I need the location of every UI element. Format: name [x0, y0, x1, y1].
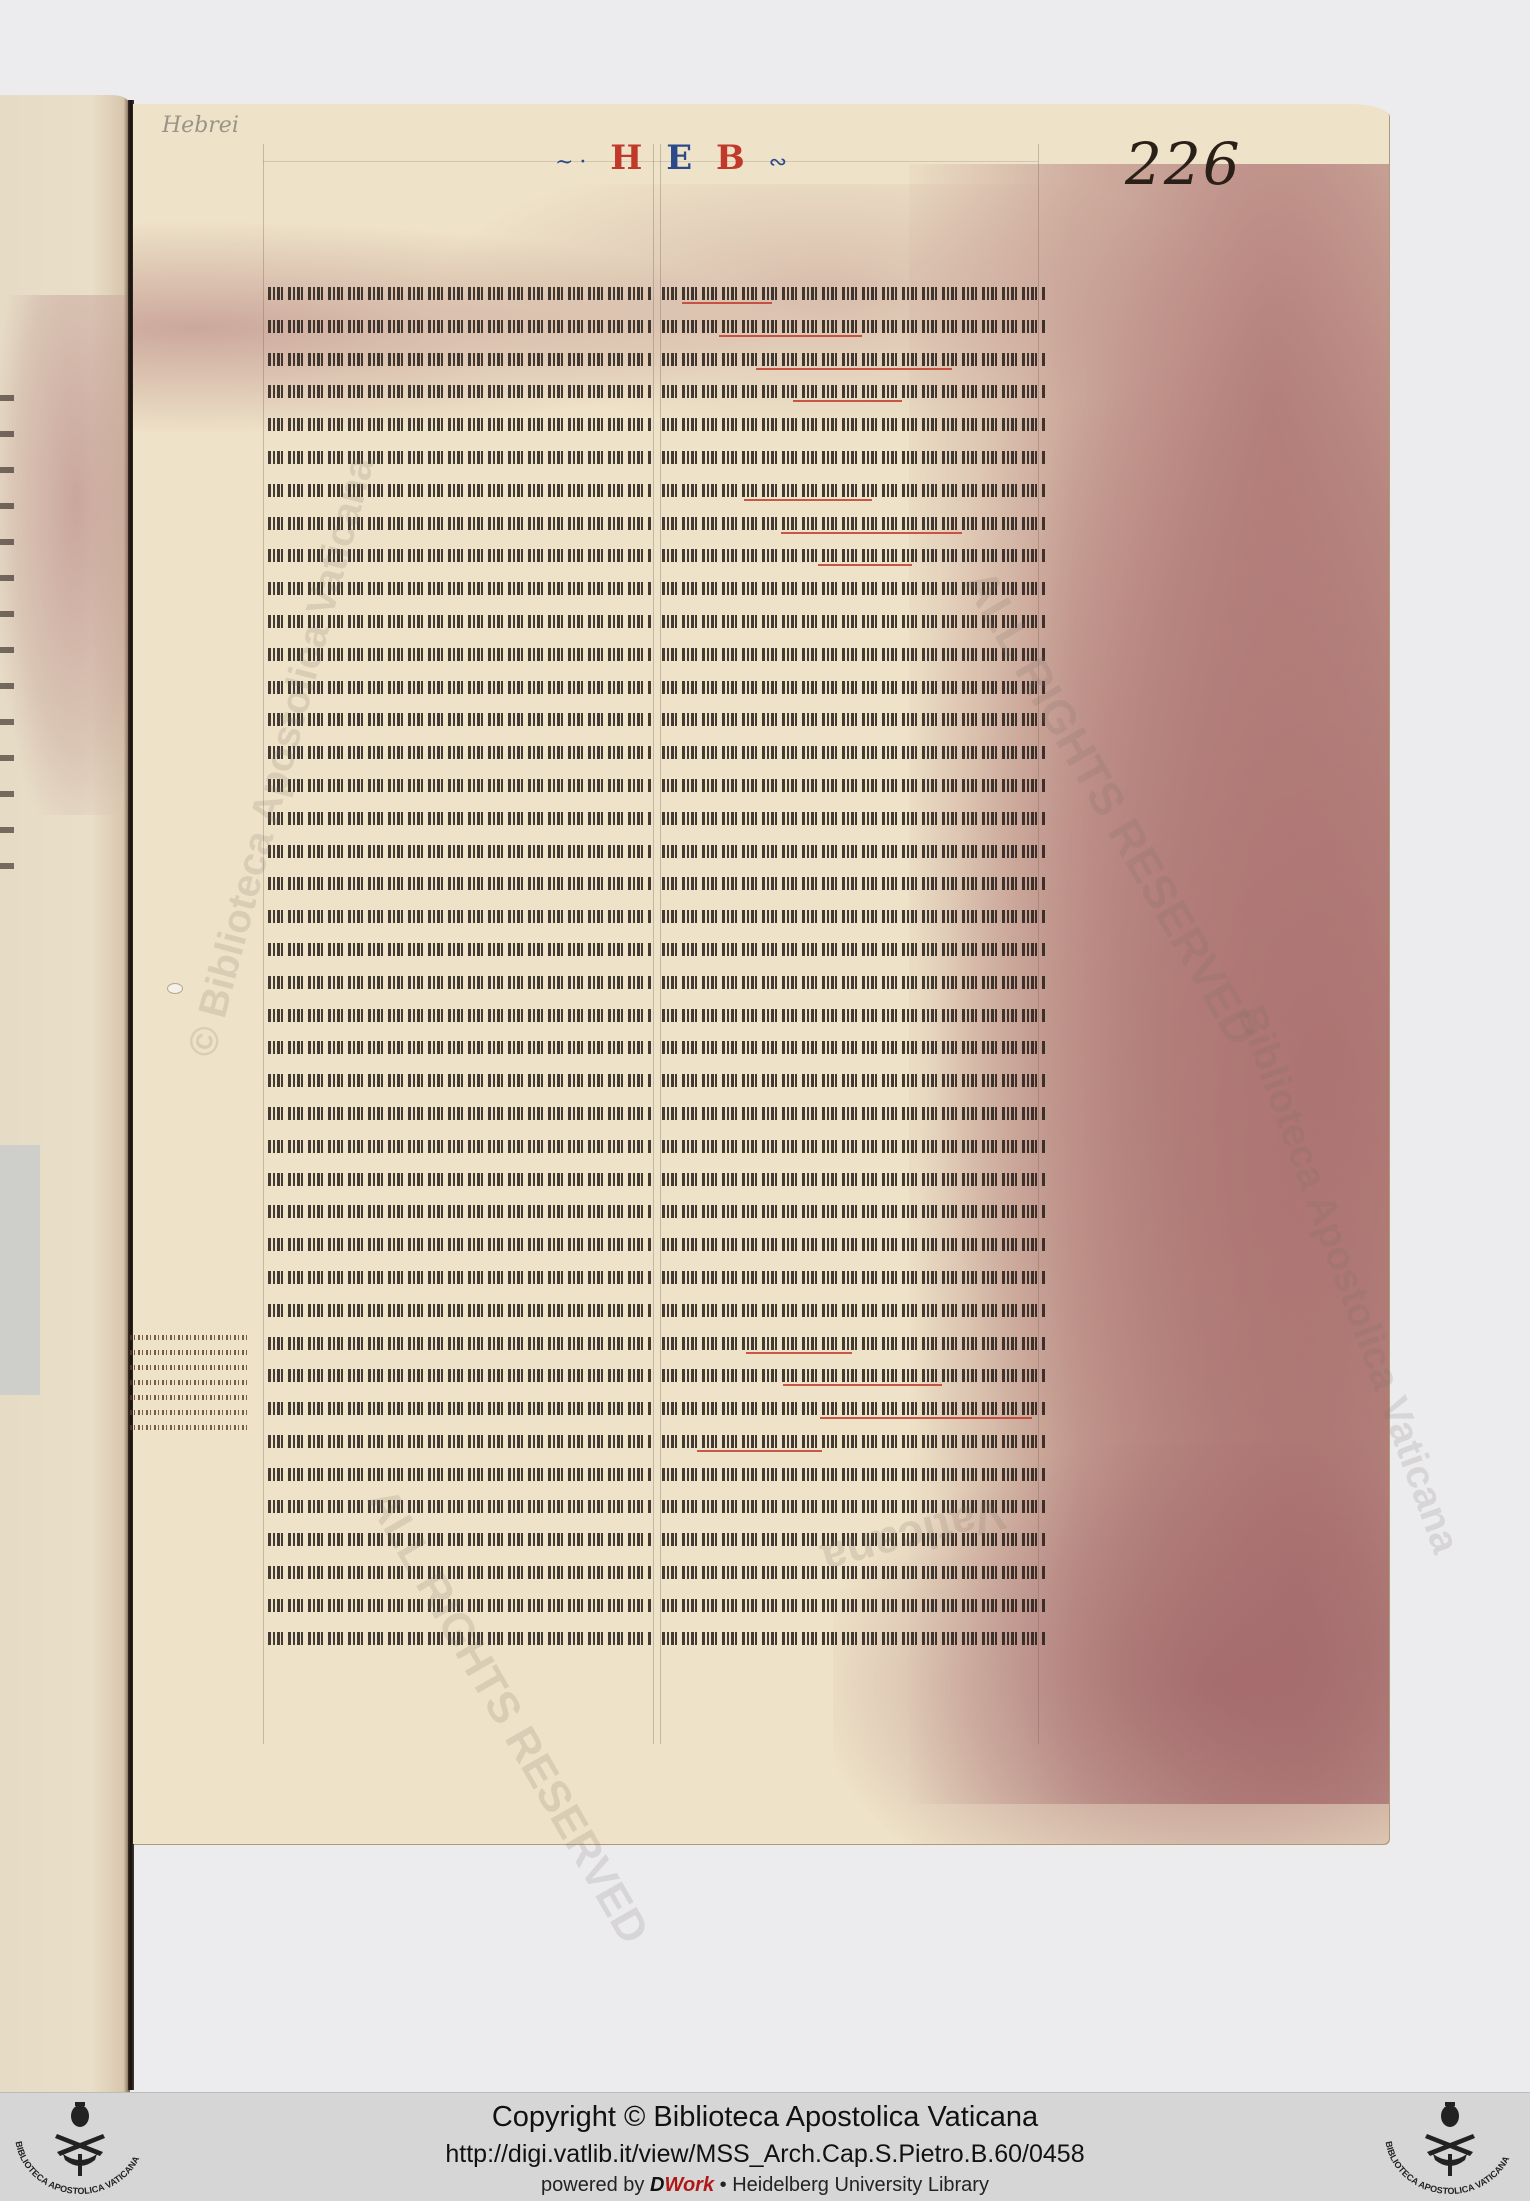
vatican-library-seal-icon: BIBLIOTECA APOSTOLICA VATICANA [1375, 2094, 1525, 2199]
header-letter-b: B [716, 138, 751, 178]
ruling-line [653, 144, 654, 1744]
rubric-underline [744, 499, 872, 501]
script-line [662, 287, 1046, 300]
script-line [268, 1205, 652, 1218]
script-line [662, 713, 1046, 726]
script-line [268, 1140, 652, 1153]
footer-bar: Copyright © Biblioteca Apostolica Vatica… [0, 2092, 1530, 2201]
gloss-line [130, 1350, 248, 1355]
script-line [662, 1402, 1046, 1415]
gloss-line [130, 1425, 248, 1430]
script-line [662, 1140, 1046, 1153]
script-line [662, 877, 1046, 890]
powered-suffix: • Heidelberg University Library [714, 2174, 989, 2196]
script-line [662, 943, 1046, 956]
text-column-a [268, 287, 652, 1664]
script-line [662, 681, 1046, 694]
script-line [662, 845, 1046, 858]
water-stain [0, 295, 128, 815]
script-line [268, 1271, 652, 1284]
script-line [268, 1304, 652, 1317]
script-line [268, 1337, 652, 1350]
header-letter-e: E [666, 138, 698, 178]
script-line [662, 418, 1046, 431]
script-line [268, 1468, 652, 1481]
script-line [662, 1173, 1046, 1186]
script-line [662, 1337, 1046, 1350]
rubric-underline [719, 335, 862, 337]
script-line [268, 1173, 652, 1186]
script-line [268, 1041, 652, 1054]
script-line [662, 1599, 1046, 1612]
flourish-right: ∾ [769, 150, 793, 175]
script-line [662, 1041, 1046, 1054]
gloss-line [130, 1335, 248, 1340]
script-line [662, 1074, 1046, 1087]
rubric-underline [781, 532, 962, 534]
script-line [662, 976, 1046, 989]
gloss-line [130, 1395, 248, 1400]
parchment-hole [168, 984, 182, 993]
gloss-line [130, 1380, 248, 1385]
script-line [662, 1369, 1046, 1382]
script-line [662, 648, 1046, 661]
pencil-note: Hebrei [162, 113, 239, 138]
script-line [268, 1566, 652, 1579]
script-line [268, 320, 652, 333]
ruling-line [660, 144, 661, 1744]
script-line [662, 910, 1046, 923]
script-line [268, 1500, 652, 1513]
script-line [268, 451, 652, 464]
ruling-line [263, 144, 264, 1744]
script-line [268, 845, 652, 858]
script-line [268, 418, 652, 431]
script-line [662, 1107, 1046, 1120]
facing-page-plate [0, 1145, 40, 1395]
script-line [268, 353, 652, 366]
script-line [268, 746, 652, 759]
powered-by: powered by DWork • Heidelberg University… [0, 2174, 1530, 2197]
facing-page-text-edge [0, 395, 14, 895]
rubric-underline [820, 1417, 1032, 1419]
gloss-line [130, 1410, 248, 1415]
script-line [662, 451, 1046, 464]
script-line [268, 287, 652, 300]
rubric-underline [697, 1450, 822, 1452]
script-line [662, 385, 1046, 398]
script-line [268, 681, 652, 694]
script-line [268, 779, 652, 792]
script-line [662, 353, 1046, 366]
script-line [268, 1533, 652, 1546]
script-line [662, 517, 1046, 530]
script-line [268, 812, 652, 825]
flourish-left: ~· [555, 150, 592, 175]
dwork-link[interactable]: DWork [650, 2174, 714, 2196]
script-line [268, 877, 652, 890]
script-line [268, 1107, 652, 1120]
script-line [268, 1369, 652, 1382]
rubric-underline [783, 1384, 942, 1386]
script-line [662, 746, 1046, 759]
script-line [662, 1304, 1046, 1317]
script-line [268, 1402, 652, 1415]
script-line [268, 1074, 652, 1087]
vatican-library-seal-icon: BIBLIOTECA APOSTOLICA VATICANA [5, 2094, 155, 2199]
script-line [662, 812, 1046, 825]
script-line [662, 1271, 1046, 1284]
gloss-line [130, 1365, 248, 1370]
script-line [662, 1009, 1046, 1022]
script-line [268, 910, 652, 923]
rubric-underline [682, 302, 772, 304]
permalink-url[interactable]: http://digi.vatlib.it/view/MSS_Arch.Cap.… [0, 2140, 1530, 2169]
script-line [268, 385, 652, 398]
script-line [662, 1468, 1046, 1481]
rubric-underline [818, 564, 912, 566]
header-letter-h: H [610, 138, 648, 178]
script-line [662, 549, 1046, 562]
rubric-underline [793, 400, 902, 402]
script-line [268, 713, 652, 726]
rubric-underline [756, 368, 952, 370]
script-line [662, 1632, 1046, 1645]
script-line [662, 484, 1046, 497]
script-line [662, 1435, 1046, 1448]
script-line [662, 779, 1046, 792]
script-line [268, 484, 652, 497]
script-line [268, 1238, 652, 1251]
copyright-text: Copyright © Biblioteca Apostolica Vatica… [0, 2101, 1530, 2134]
script-line [268, 1009, 652, 1022]
script-line [662, 1205, 1046, 1218]
script-line [662, 320, 1046, 333]
folio-number: 226 [1125, 130, 1242, 198]
marginal-gloss [130, 1335, 248, 1440]
text-column-b [662, 287, 1046, 1664]
script-line [268, 976, 652, 989]
script-line [662, 1238, 1046, 1251]
rubric-underline [746, 1352, 852, 1354]
running-header: ~· H E B ∾ [555, 138, 793, 178]
facing-page-left [0, 95, 130, 2092]
powered-prefix: powered by [541, 2174, 650, 2196]
script-line [268, 943, 652, 956]
script-line [268, 1435, 652, 1448]
